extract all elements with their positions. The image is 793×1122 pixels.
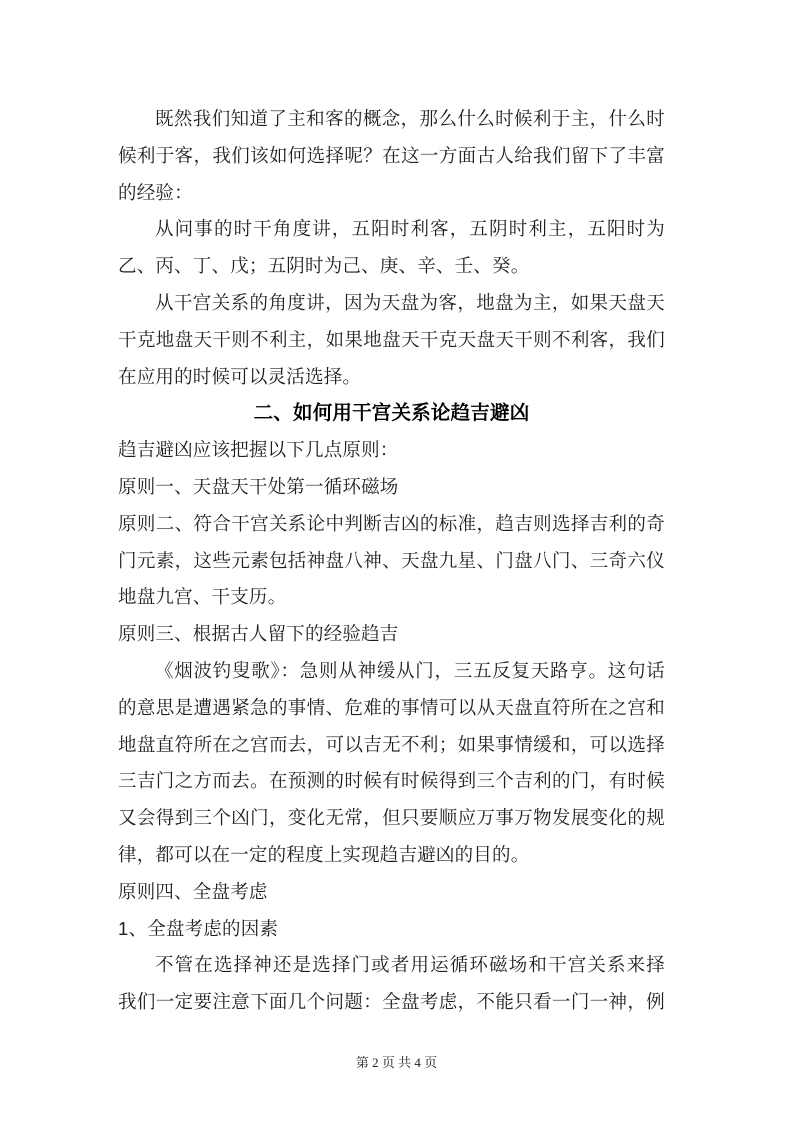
text-line: 既然我们知道了主和客的概念，那么什么时候利于主，什么时 (118, 101, 665, 138)
document-body: 既然我们知道了主和客的概念，那么什么时候利于主，什么时候利于客，我们该如何选择呢… (118, 101, 665, 1021)
page-number-footer: 第 2 页 共 4 页 (0, 1052, 793, 1071)
text-line: 律，都可以在一定的程度上实现趋吉避凶的目的。 (118, 837, 665, 874)
text-line: 候利于客，我们该如何选择呢？在这一方面古人给我们留下了丰富 (118, 138, 665, 175)
text-line: 不管在选择神还是选择门或者用运循环磁场和干宫关系来择吉， (118, 947, 665, 984)
text-line: 在应用的时候可以灵活选择。 (118, 359, 665, 396)
text-line: 原则二、符合干宫关系论中判断吉凶的标准，趋吉则选择吉利的奇 (118, 506, 665, 543)
section-heading: 二、如何用干宫关系论趋吉避凶 (118, 395, 665, 432)
text-line: 《烟波钓叟歌》：急则从神缓从门，三五反复天路亨。这句话 (118, 653, 665, 690)
text-line: 地盘九宫、干支历。 (118, 579, 665, 616)
text-line: 趋吉避凶应该把握以下几点原则： (118, 432, 665, 469)
text-line: 1、全盘考虑的因素 (118, 911, 665, 948)
text-line: 原则一、天盘天干处第一循环磁场 (118, 469, 665, 506)
text-line: 的经验： (118, 175, 665, 212)
text-line: 我们一定要注意下面几个问题：全盘考虑，不能只看一门一神，例 (118, 984, 665, 1021)
text-line: 的意思是遭遇紧急的事情、危难的事情可以从天盘直符所在之宫和 (118, 690, 665, 727)
text-line: 地盘直符所在之宫而去，可以吉无不利；如果事情缓和，可以选择 (118, 727, 665, 764)
document-page: 既然我们知道了主和客的概念，那么什么时候利于主，什么时候利于客，我们该如何选择呢… (0, 0, 793, 1122)
text-line: 原则三、根据古人留下的经验趋吉 (118, 616, 665, 653)
text-line: 乙、丙、丁、戊；五阴时为己、庚、辛、壬、癸。 (118, 248, 665, 285)
text-line: 从问事的时干角度讲，五阳时利客，五阴时利主，五阳时为甲、 (118, 211, 665, 248)
text-line: 从干宫关系的角度讲，因为天盘为客，地盘为主，如果天盘天 (118, 285, 665, 322)
text-line: 三吉门之方而去。在预测的时候有时候得到三个吉利的门，有时候 (118, 763, 665, 800)
text-line: 原则四、全盘考虑 (118, 874, 665, 911)
text-line: 又会得到三个凶门，变化无常，但只要顺应万事万物发展变化的规 (118, 800, 665, 837)
text-line: 干克地盘天干则不利主，如果地盘天干克天盘天干则不利客，我们 (118, 322, 665, 359)
text-line: 门元素，这些元素包括神盘八神、天盘九星、门盘八门、三奇六仪 (118, 543, 665, 580)
